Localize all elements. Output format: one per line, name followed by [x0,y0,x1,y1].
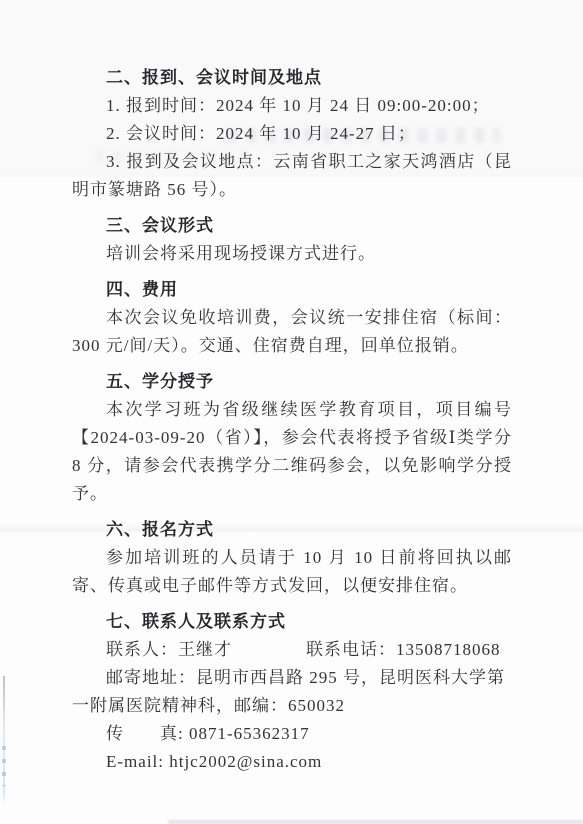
section-heading-contact: 七、联系人及联系方式 [72,608,512,636]
document-content: 二、报到、会议时间及地点 1. 报到时间：2024 年 10 月 24 日 09… [72,56,512,776]
document-page: 二、报到、会议时间及地点 1. 报到时间：2024 年 10 月 24 日 09… [0,0,583,824]
section-heading-registration: 二、报到、会议时间及地点 [72,64,512,92]
contact-fax-line: 传 真: 0871-65362317 [72,720,512,748]
meeting-location-line: 3. 报到及会议地点：云南省职工之家天鸿酒店（昆明市篆塘路 56 号）。 [72,148,512,204]
scan-edge-ticks [2,746,6,786]
meeting-format-paragraph: 培训会将采用现场授课方式进行。 [72,240,512,268]
section-heading-fees: 四、费用 [72,276,512,304]
contact-person: 联系人：王继才 [106,640,232,659]
contact-email-line: E-mail: htjc2002@sina.com [72,748,512,776]
credits-paragraph: 本次学习班为省级继续医学教育项目，项目编号【2024-03-09-20（省）】，… [72,396,512,508]
contact-address-line: 邮寄地址：昆明市西昌路 295 号，昆明医科大学第一附属医院精神科，邮编：650… [72,664,512,720]
section-heading-signup: 六、报名方式 [72,516,512,544]
scan-bottom-shadow [168,820,583,824]
contact-phone: 联系电话：13508718068 [272,636,501,664]
contact-person-phone-line: 联系人：王继才联系电话：13508718068 [72,636,512,664]
section-heading-credits: 五、学分授予 [72,368,512,396]
registration-time-line: 1. 报到时间：2024 年 10 月 24 日 09:00-20:00； [72,92,512,120]
fees-paragraph: 本次会议免收培训费，会议统一安排住宿（标间：300 元/间/天）。交通、住宿费自… [72,304,512,360]
meeting-time-line: 2. 会议时间：2024 年 10 月 24-27 日； [72,120,512,148]
section-heading-format: 三、会议形式 [72,212,512,240]
signup-paragraph: 参加培训班的人员请于 10 月 10 日前将回执以邮寄、传真或电子邮件等方式发回… [72,544,512,600]
